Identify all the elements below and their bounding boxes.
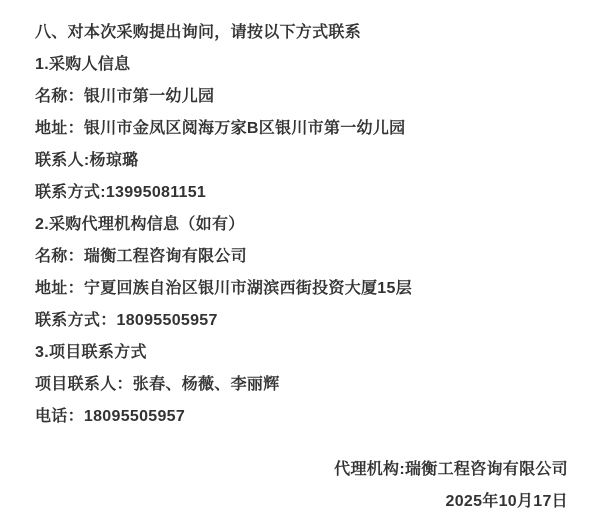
agency-address-line: 地址：宁夏回族自治区银川市湖滨西街投资大厦15层: [35, 273, 576, 305]
agency-signature-line: 代理机构:瑞衡工程咨询有限公司: [0, 454, 568, 486]
document-body: 八、对本次采购提出询问，请按以下方式联系 1.采购人信息 名称：银川市第一幼儿园…: [0, 0, 611, 433]
document-page: 八、对本次采购提出询问，请按以下方式联系 1.采购人信息 名称：银川市第一幼儿园…: [0, 0, 611, 528]
purchaser-phone-line: 联系方式:13995081151: [35, 177, 576, 209]
purchaser-name-line: 名称：银川市第一幼儿园: [35, 81, 576, 113]
agency-name-line: 名称：瑞衡工程咨询有限公司: [35, 241, 576, 273]
section-2-title: 2.采购代理机构信息（如有）: [35, 209, 576, 241]
agency-phone-line: 联系方式：18095505957: [35, 305, 576, 337]
signature-block: 代理机构:瑞衡工程咨询有限公司 2025年10月17日: [0, 454, 611, 518]
purchaser-contact-line: 联系人:杨琼璐: [35, 145, 576, 177]
document-date: 2025年10月17日: [0, 486, 568, 518]
project-contacts-line: 项目联系人：张春、杨薇、李丽辉: [35, 369, 576, 401]
project-phone-line: 电话：18095505957: [35, 401, 576, 433]
inquiry-heading: 八、对本次采购提出询问，请按以下方式联系: [35, 17, 576, 49]
section-1-title: 1.采购人信息: [35, 49, 576, 81]
purchaser-address-line: 地址：银川市金凤区阅海万家B区银川市第一幼儿园: [35, 113, 576, 145]
section-3-title: 3.项目联系方式: [35, 337, 576, 369]
